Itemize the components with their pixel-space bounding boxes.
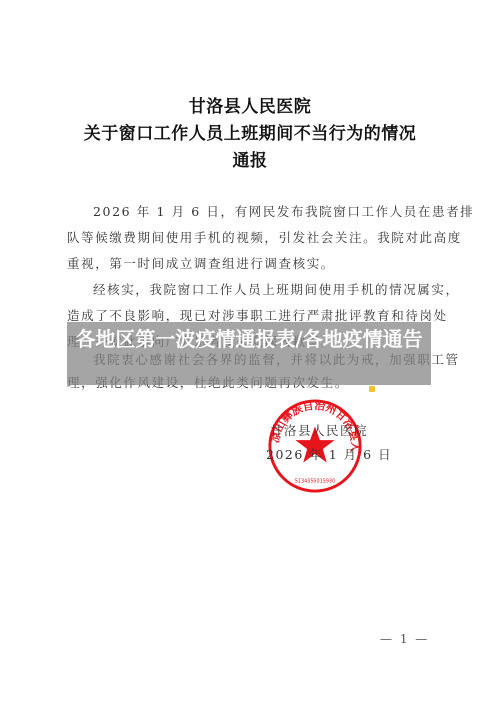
caption-overlay-text: 各地区第一波疫情通报表/各地疫情通告 — [67, 322, 431, 354]
signature-date: 2026 年 1 月 6 日 — [266, 445, 392, 463]
document-title-type: 通报 — [0, 146, 500, 171]
svg-text:5134355015930: 5134355015930 — [295, 478, 335, 484]
document-title-org: 甘洛县人民医院 — [0, 92, 500, 117]
body-line: 重视，第一时间成立调查组进行调查核实。 — [67, 254, 439, 272]
page-number: — 1 — — [380, 632, 429, 646]
body-line: 2026 年 1 月 6 日，有网民发布我院窗口工作人员在患者排 — [93, 202, 465, 220]
document-title-subject: 关于窗口工作人员上班期间不当行为的情况 — [0, 119, 500, 144]
body-line: 队等候缴费期间使用手机的视频，引发社会关注。我院对此高度 — [67, 228, 439, 246]
lock-icon — [369, 386, 375, 392]
body-line: 经核实，我院窗口工作人员上班期间使用手机的情况属实， — [93, 280, 465, 298]
signature-org: 甘洛县人民医院 — [270, 421, 368, 439]
